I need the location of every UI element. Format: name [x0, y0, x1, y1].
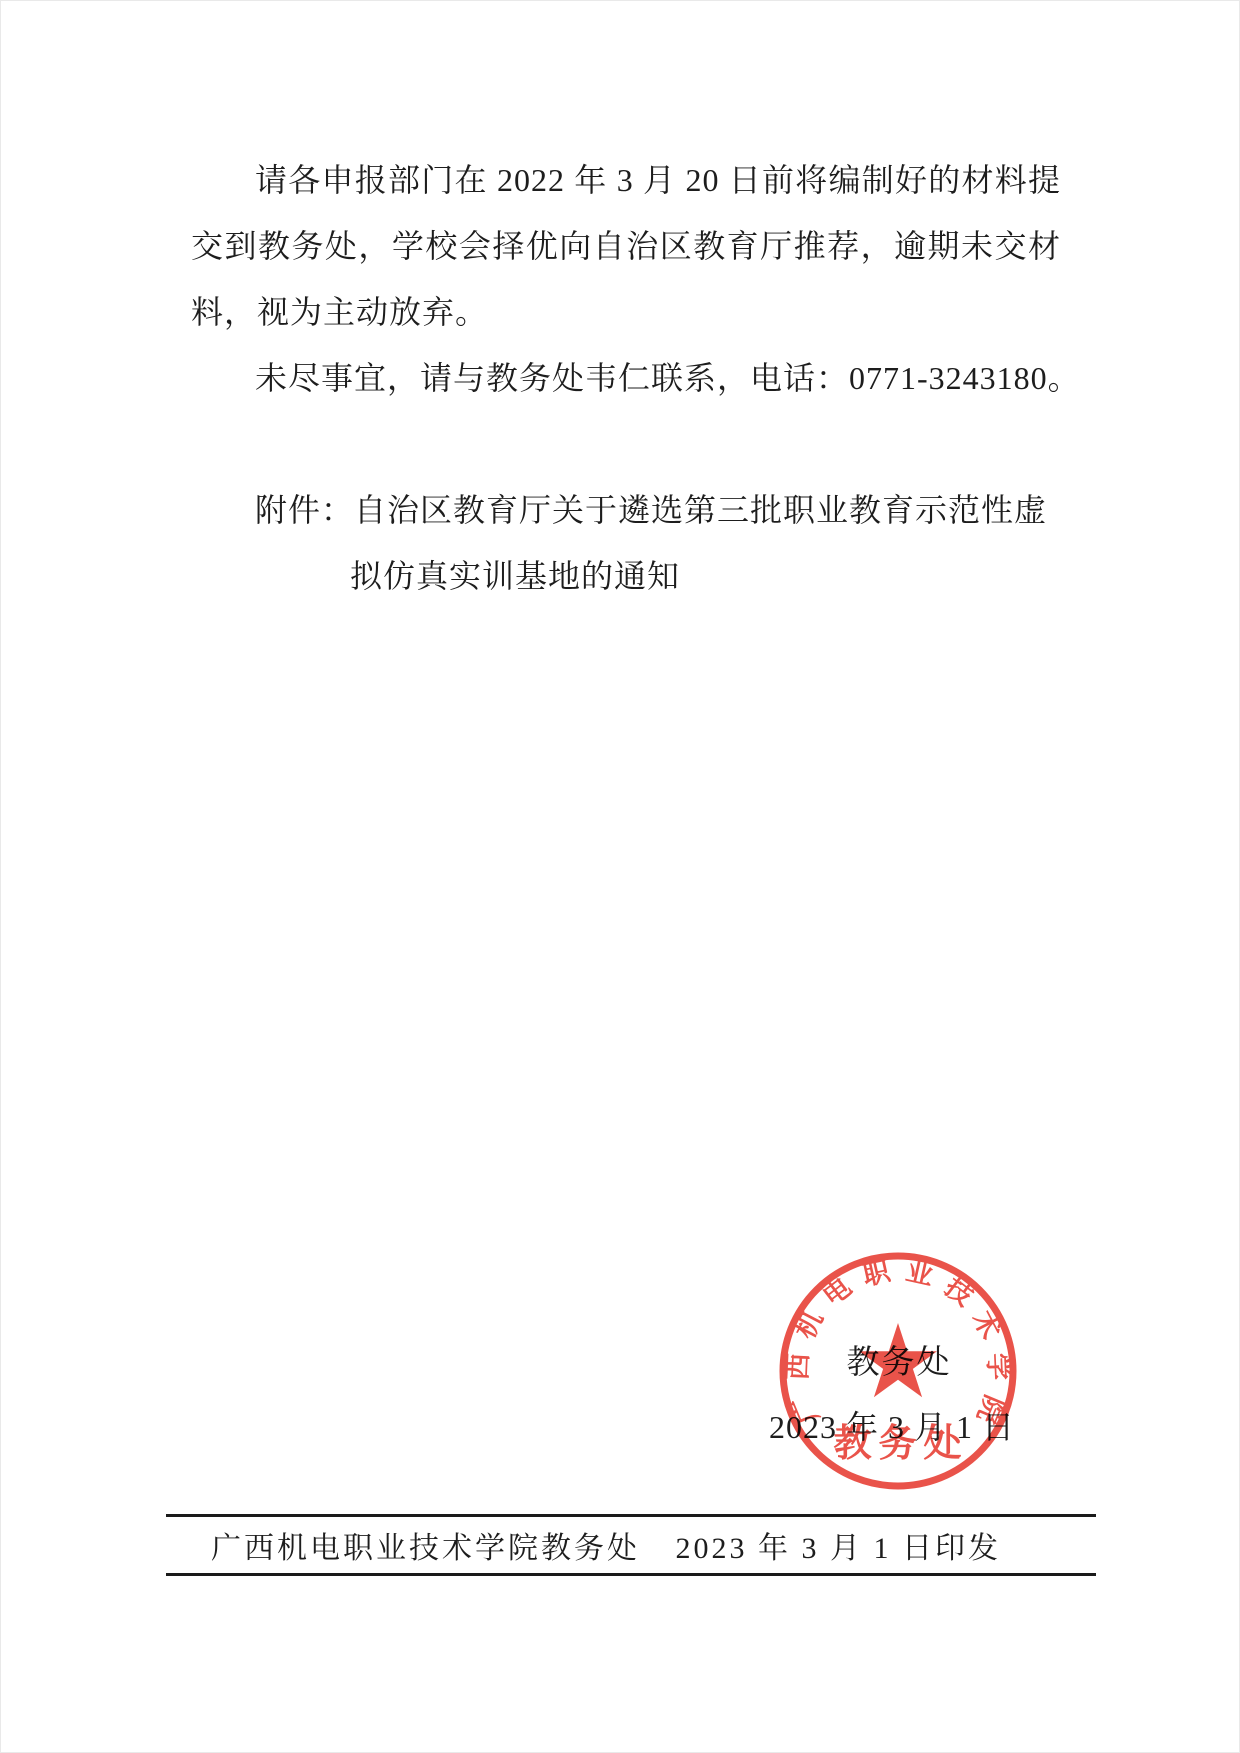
paragraph2-line1: 未尽事宜，请与教务处韦仁联系，电话：0771-3243180。	[191, 345, 1061, 411]
footer-bar: 广西机电职业技术学院教务处 2023 年 3 月 1 日印发	[166, 1514, 1096, 1576]
attachment-line1: 附件：自治区教育厅关于遴选第三批职业教育示范性虚	[191, 477, 1061, 543]
blank-line	[191, 411, 1061, 477]
paragraph1-line2: 交到教务处，学校会择优向自治区教育厅推荐，逾期未交材	[191, 213, 1061, 279]
paragraph1-line3: 料，视为主动放弃。	[191, 279, 1061, 345]
seal-center-label: 教务处	[833, 1423, 968, 1465]
seal-ring-char: 西	[783, 1352, 814, 1380]
footer-print-date: 2023 年 3 月 1 日印发	[676, 1523, 1002, 1567]
document-page: 请各申报部门在 2022 年 3 月 20 日前将编制好的材料提 交到教务处，学…	[0, 0, 1240, 1753]
official-seal: 广西机电职业技术学院 教务处	[776, 1249, 1020, 1493]
document-body: 请各申报部门在 2022 年 3 月 20 日前将编制好的材料提 交到教务处，学…	[191, 147, 1061, 609]
seal-ring-char: 电	[817, 1272, 857, 1312]
seal-ring-char: 职	[860, 1256, 894, 1291]
seal-ring-char: 学	[982, 1352, 1013, 1380]
seal-star-icon	[859, 1323, 937, 1397]
footer-issuer: 广西机电职业技术学院教务处	[211, 1523, 640, 1567]
attachment-line2: 拟仿真实训基地的通知	[350, 543, 1061, 609]
seal-ring-char: 术	[967, 1305, 1007, 1344]
seal-ring-char: 业	[903, 1256, 936, 1291]
seal-ring-char: 技	[939, 1272, 979, 1312]
paragraph1-line1: 请各申报部门在 2022 年 3 月 20 日前将编制好的材料提	[191, 147, 1061, 213]
